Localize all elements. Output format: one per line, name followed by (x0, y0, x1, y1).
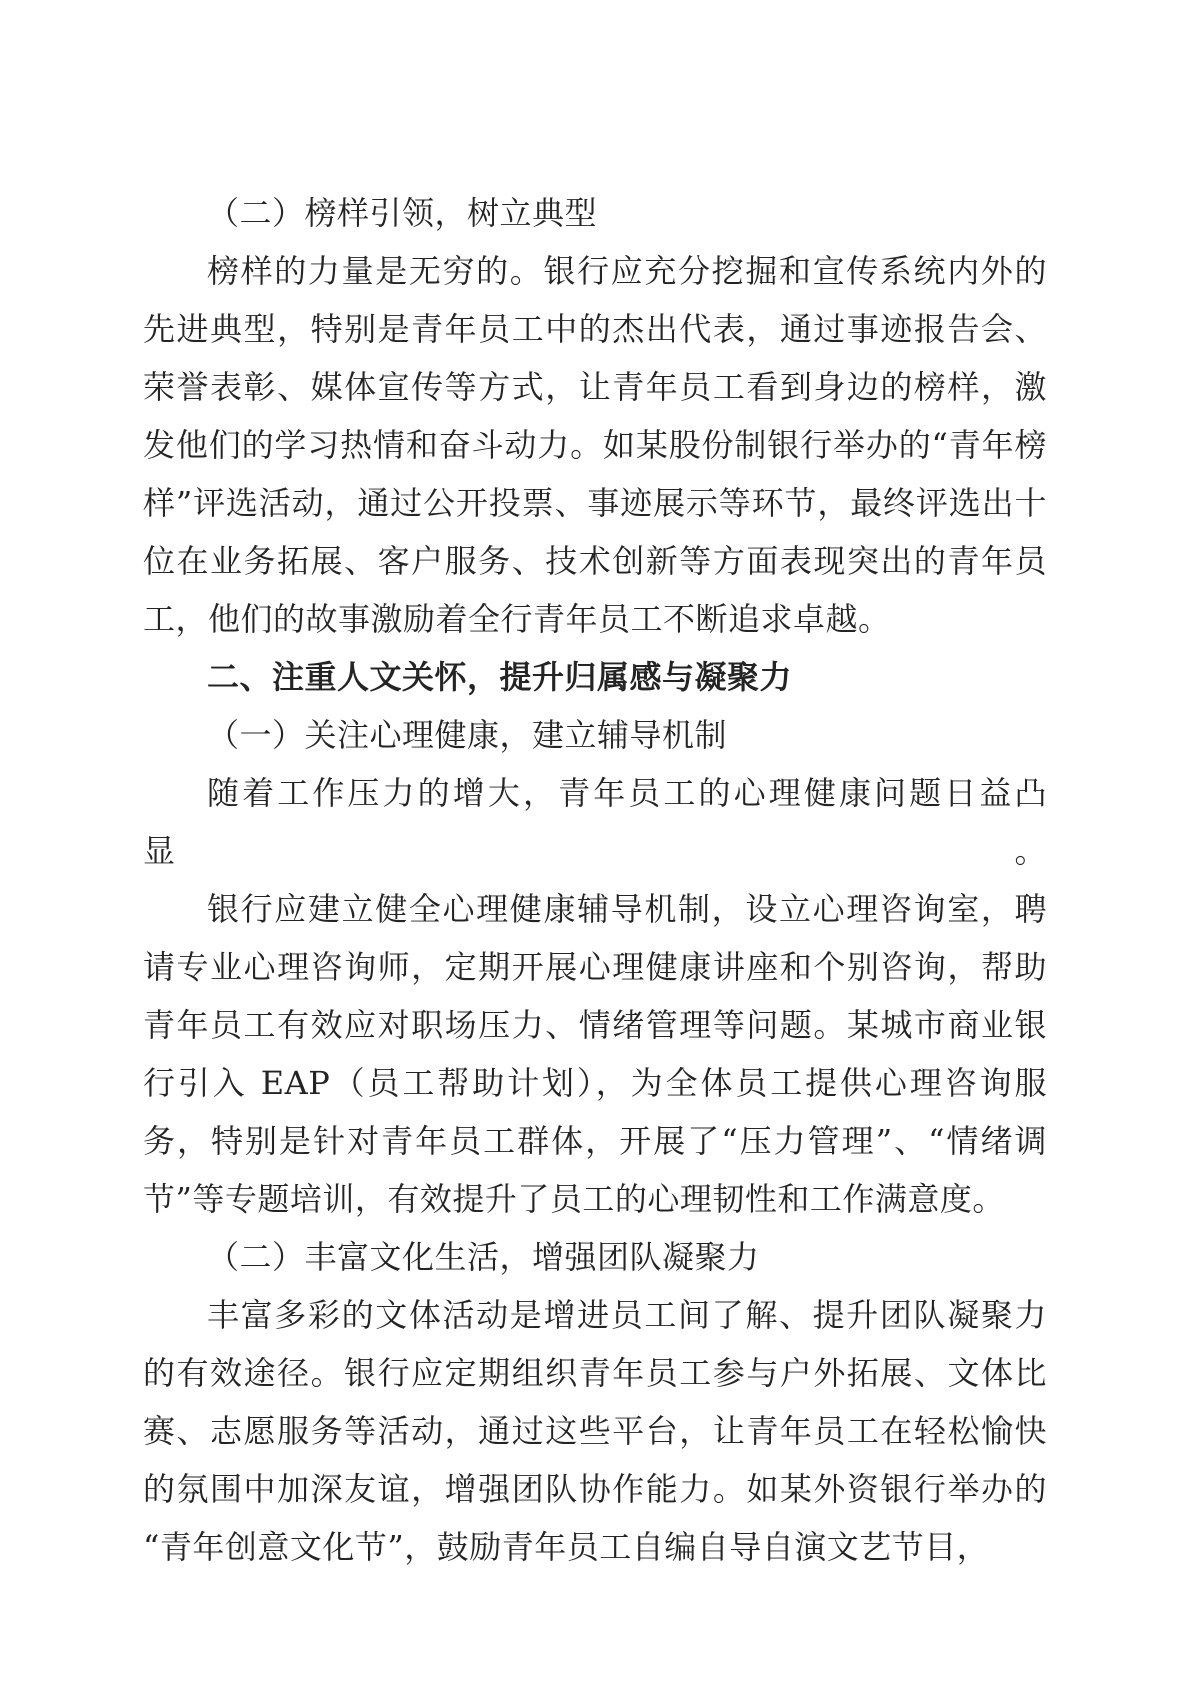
subsection-heading-mental-health: （一）关注心理健康，建立辅导机制 (143, 706, 1047, 764)
subsection-heading-cultural-life: （二）丰富文化生活，增强团队凝聚力 (143, 1228, 1047, 1286)
paragraph-mental-health-detail: 银行应建立健全心理健康辅导机制，设立心理咨询室，聘请专业心理咨询师，定期开展心理… (143, 880, 1047, 1228)
document-page: （二）榜样引领，树立典型 榜样的力量是无穷的。银行应充分挖掘和宣传系统内外的先进… (0, 0, 1190, 1683)
paragraph-mental-health-intro: 随着工作压力的增大，青年员工的心理健康问题日益凸显。 (143, 764, 1047, 880)
paragraph-cultural-life: 丰富多彩的文体活动是增进员工间了解、提升团队凝聚力的有效途径。银行应定期组织青年… (143, 1286, 1047, 1576)
section-heading-humanistic-care: 二、注重人文关怀，提升归属感与凝聚力 (143, 648, 1047, 706)
subsection-heading-role-models: （二）榜样引领，树立典型 (143, 184, 1047, 242)
paragraph-role-models: 榜样的力量是无穷的。银行应充分挖掘和宣传系统内外的先进典型，特别是青年员工中的杰… (143, 242, 1047, 648)
